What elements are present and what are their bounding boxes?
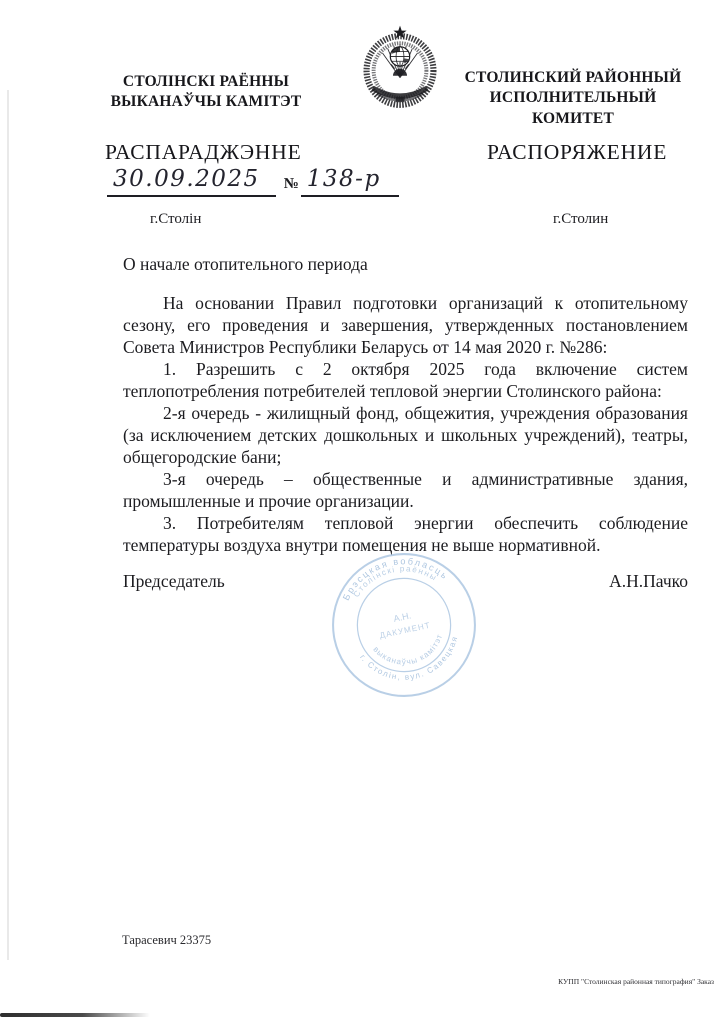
signer-name: А.Н.Пачко [609,571,688,592]
handwritten-number: 138-р [307,166,381,192]
scan-bottom-line [0,1013,150,1017]
doc-type-belarusian: РАСПАРАДЖЭННЕ [105,140,302,165]
org-right-line1: СТОЛИНСКИЙ РАЙОННЫЙ [448,68,698,88]
org-name-belarusian: СТОЛІНСКІ РАЁННЫ ВЫКАНАЎЧЫ КАМІТЭТ [98,72,314,113]
org-left-line1: СТОЛІНСКІ РАЁННЫ [98,72,314,92]
place-russian: г.Столин [553,211,608,228]
doc-subject: О начале отопительного периода [123,254,368,275]
official-round-stamp: Брэсцкая вобласць г. Столін, вул. Савецк… [312,534,496,715]
paragraph-4: 3-я очередь – общественные и администрат… [123,468,688,512]
org-left-line2: ВЫКАНАЎЧЫ КАМІТЭТ [98,92,314,112]
signer-title: Председатель [123,571,225,592]
org-right-line2: ИСПОЛНИТЕЛЬНЫЙ КОМИТЕТ [448,88,698,129]
paragraph-3: 2-я очередь - жилищный фонд, общежития, … [123,402,688,468]
org-name-russian: СТОЛИНСКИЙ РАЙОННЫЙ ИСПОЛНИТЕЛЬНЫЙ КОМИТ… [448,68,698,129]
stamp-center-line1: А.Н. [393,610,412,623]
number-sign: № [284,176,299,193]
stamp-center-line2: ДАКУМЕНТ [379,621,432,641]
doc-body: На основании Правил подготовки организац… [123,292,688,556]
scanned-document-page: СТОЛІНСКІ РАЁННЫ ВЫКАНАЎЧЫ КАМІТЭТ СТОЛИ… [0,0,727,1024]
scan-edge-shadow [7,90,9,960]
number-underline: 138-р [301,166,399,197]
executor-note: Тарасевич 23375 [122,933,211,948]
place-belarusian: г.Столін [150,211,201,228]
doc-date-number-row: 30.09.2025 № 138-р [107,166,399,197]
paragraph-2: 1. Разрешить с 2 октября 2025 года включ… [123,358,688,402]
paragraph-1: На основании Правил подготовки организац… [123,292,688,358]
doc-type-russian: РАСПОРЯЖЕНИЕ [487,140,667,165]
print-shop-note: КУПП "Столинская районная типография" За… [558,977,714,986]
belarus-coat-of-arms-icon [356,22,444,112]
handwritten-date: 30.09.2025 [113,166,260,192]
date-underline: 30.09.2025 [107,166,276,197]
